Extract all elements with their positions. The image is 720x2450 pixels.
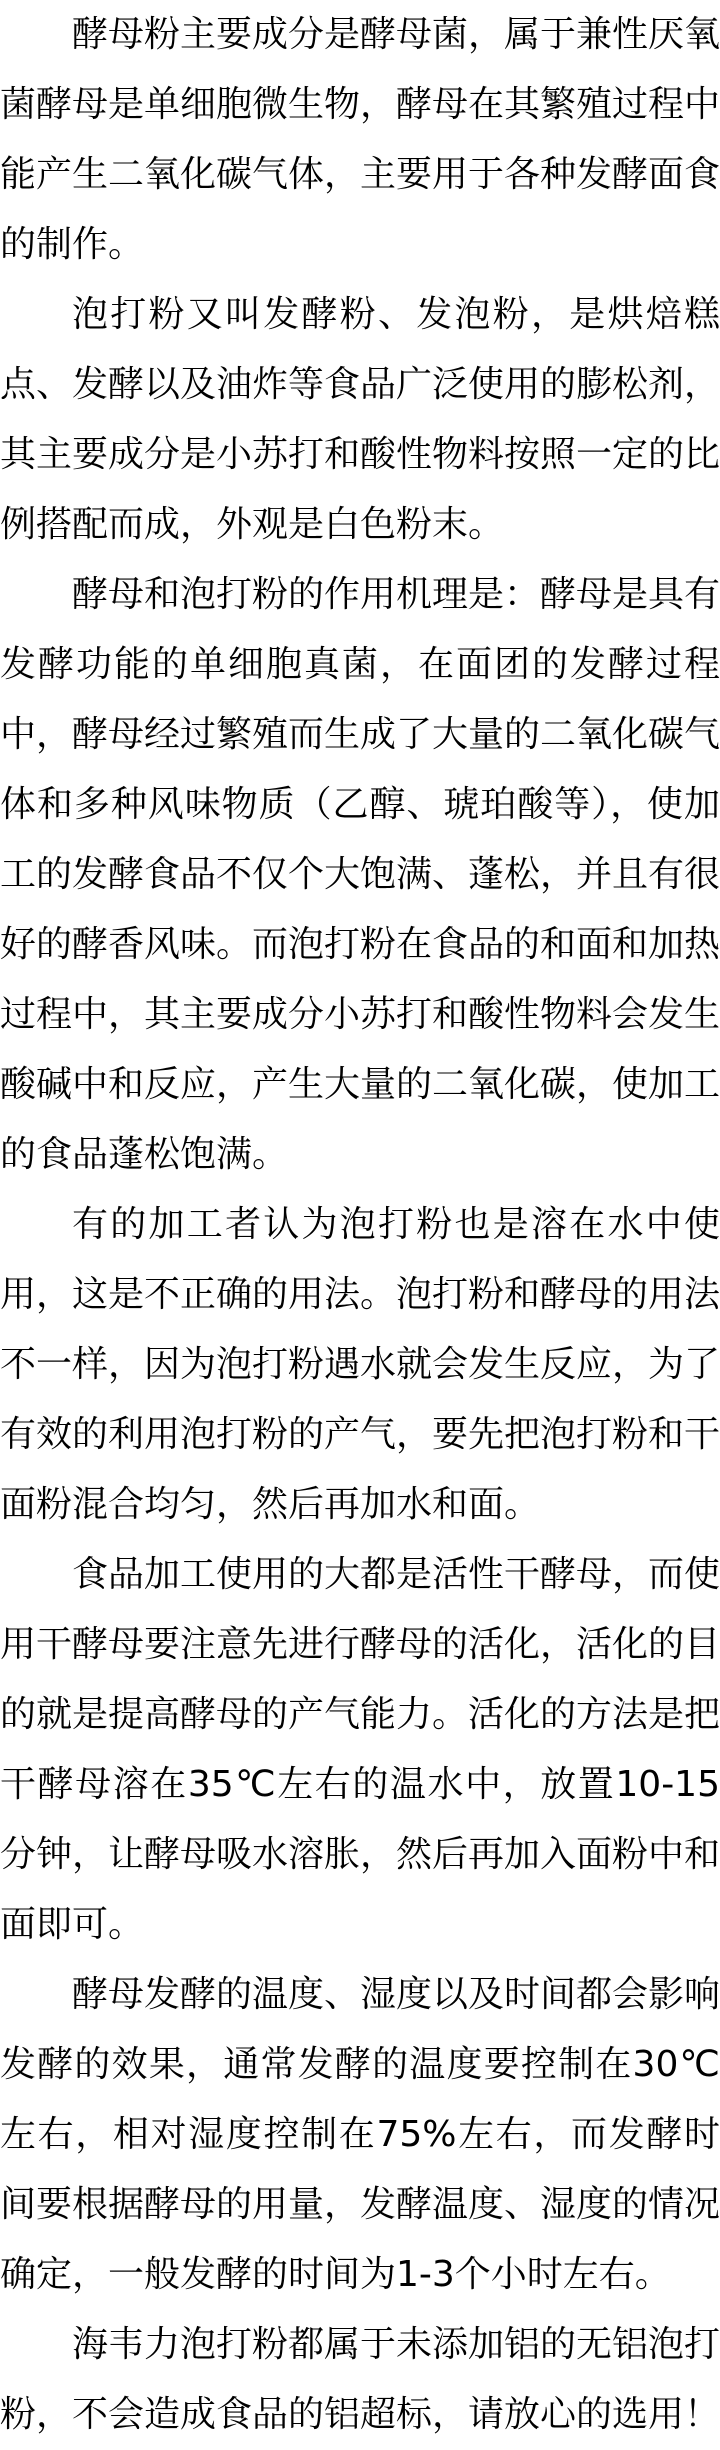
paragraph-dry-yeast-activation: 食品加工使用的大都是活性干酵母，而使用干酵母要注意先进行酵母的活化，活化的目的就… [0, 1540, 720, 1960]
paragraph-mechanism: 酵母和泡打粉的作用机理是：酵母是具有发酵功能的单细胞真菌，在面团的发酵过程中，酵… [0, 560, 720, 1190]
article-body: 酵母粉主要成分是酵母菌，属于兼性厌氧菌酵母是单细胞微生物，酵母在其繁殖过程中能产… [0, 0, 720, 2450]
paragraph-brand-note: 海韦力泡打粉都属于未添加铝的无铝泡打粉，不会造成食品的铝超标，请放心的选用！ [0, 2310, 720, 2450]
paragraph-yeast-powder-intro: 酵母粉主要成分是酵母菌，属于兼性厌氧菌酵母是单细胞微生物，酵母在其繁殖过程中能产… [0, 0, 720, 280]
paragraph-usage-difference: 有的加工者认为泡打粉也是溶在水中使用，这是不正确的用法。泡打粉和酵母的用法不一样… [0, 1190, 720, 1540]
paragraph-fermentation-conditions: 酵母发酵的温度、湿度以及时间都会影响发酵的效果，通常发酵的温度要控制在30℃左右… [0, 1960, 720, 2310]
paragraph-baking-powder-intro: 泡打粉又叫发酵粉、发泡粉，是烘焙糕点、发酵以及油炸等食品广泛使用的膨松剂，其主要… [0, 280, 720, 560]
